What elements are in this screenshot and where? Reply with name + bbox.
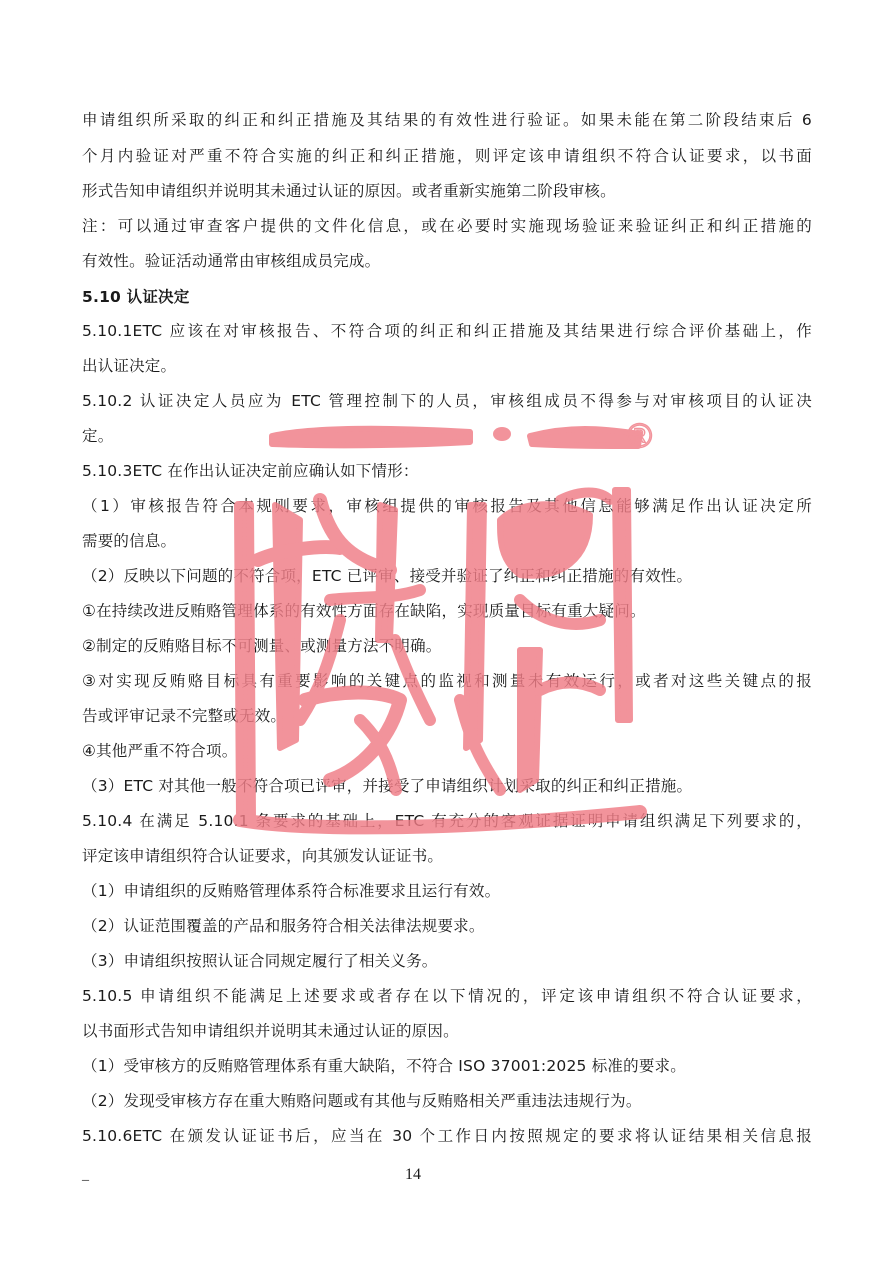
text-line: （3）ETC 对其他一般不符合项已评审，并接受了申请组织计划采取的纠正和纠正措施… [82,776,812,796]
text-line: 需要的信息。 [82,531,812,551]
text-line: 5.10.5 申请组织不能满足上述要求或者存在以下情况的，评定该申请组织不符合认… [82,986,812,1006]
text-line: 5.10.1ETC 应该在对审核报告、不符合项的纠正和纠正措施及其结果进行综合评… [82,321,812,341]
document-page: 申请组织所采取的纠正和纠正措施及其结果的有效性进行验证。如果未能在第二阶段结束后… [0,0,892,1262]
text-line: 申请组织所采取的纠正和纠正措施及其结果的有效性进行验证。如果未能在第二阶段结束后… [82,110,812,130]
text-line: 5.10.6ETC 在颁发认证证书后，应当在 30 个工作日内按照规定的要求将认… [82,1126,812,1146]
text-line: 告或评审记录不完整或无效。 [82,706,812,726]
text-line: 5.10.2 认证决定人员应为 ETC 管理控制下的人员，审核组成员不得参与对审… [82,391,812,411]
text-line: ①在持续改进反贿赂管理体系的有效性方面存在缺陷，实现质量目标有重大疑问。 [82,601,812,621]
text-line: 个月内验证对严重不符合实施的纠正和纠正措施，则评定该申请组织不符合认证要求，以书… [82,146,812,166]
text-line: 形式告知申请组织并说明其未通过认证的原因。或者重新实施第二阶段审核。 [82,181,812,201]
text-line: 以书面形式告知申请组织并说明其未通过认证的原因。 [82,1021,812,1041]
text-line: （2）发现受审核方存在重大贿赂问题或有其他与反贿赂相关严重违法违规行为。 [82,1091,812,1111]
page-number: 14 [0,1166,826,1184]
text-line: （2）认证范围覆盖的产品和服务符合相关法律法规要求。 [82,916,812,936]
text-line: 出认证决定。 [82,356,812,376]
text-line: 定。 [82,426,812,446]
text-line: ③对实现反贿赂目标具有重要影响的关键点的监视和测量未有效运行，或者对这些关键点的… [82,671,812,691]
text-line: 注：可以通过审查客户提供的文件化信息，或在必要时实施现场验证来验证纠正和纠正措施… [82,216,812,236]
text-line: 5.10.4 在满足 5.10.1 条要求的基础上，ETC 有充分的客观证据证明… [82,811,812,831]
text-line: 评定该申请组织符合认证要求，向其颁发认证证书。 [82,846,812,866]
text-line: （1）申请组织的反贿赂管理体系符合标准要求且运行有效。 [82,881,812,901]
text-line: ④其他严重不符合项。 [82,741,812,761]
section-heading: 5.10 认证决定 [82,287,812,307]
text-line: （2）反映以下问题的不符合项，ETC 已评审、接受并验证了纠正和纠正措施的有效性… [82,566,812,586]
text-line: 有效性。验证活动通常由审核组成员完成。 [82,251,812,271]
text-line: （3）申请组织按照认证合同规定履行了相关义务。 [82,951,812,971]
text-line: （1）审核报告符合本规则要求，审核组提供的审核报告及其他信息能够满足作出认证决定… [82,496,812,516]
text-line: ②制定的反贿赂目标不可测量、或测量方法不明确。 [82,636,812,656]
text-line: 5.10.3ETC 在作出认证决定前应确认如下情形： [82,461,812,481]
text-line: （1）受审核方的反贿赂管理体系有重大缺陷，不符合 ISO 37001:2025 … [82,1056,812,1076]
